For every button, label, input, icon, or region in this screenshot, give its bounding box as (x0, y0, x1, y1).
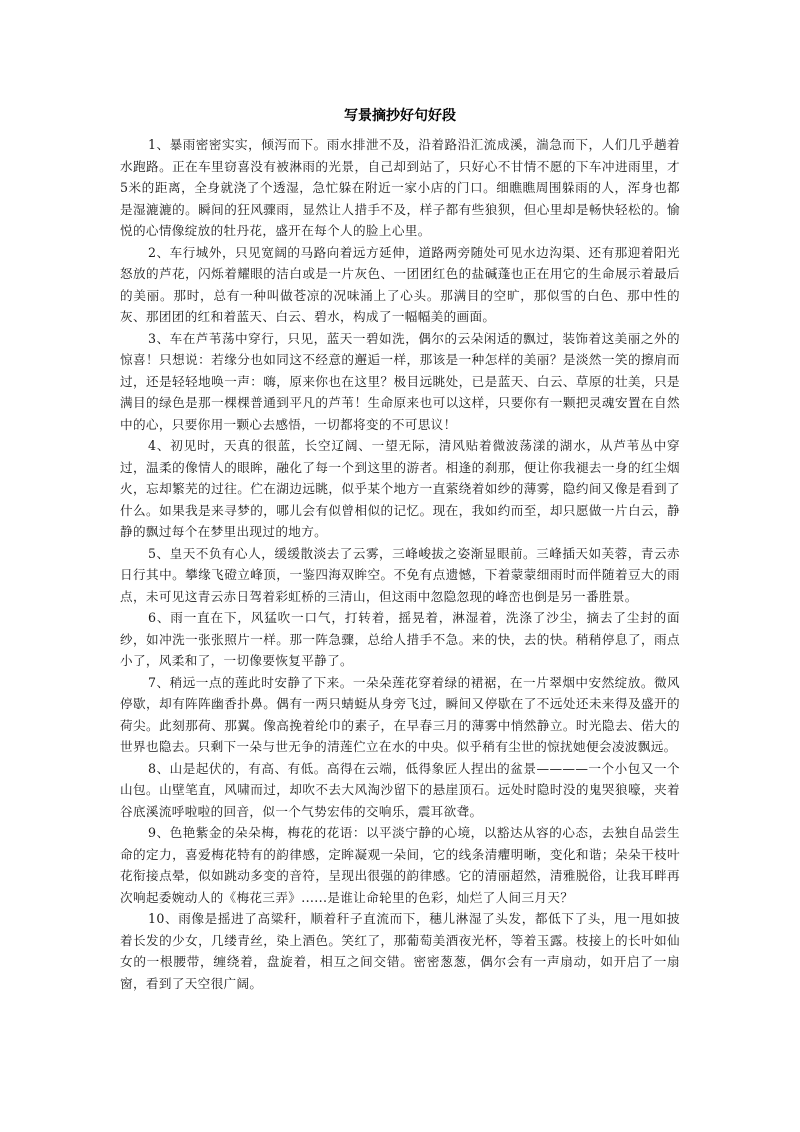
paragraph-3: 3、车在芦苇荡中穿行，只见，蓝天一碧如洗，偶尔的云朵闲适的飘过，装饰着这美丽之外… (120, 328, 680, 436)
document-page: 写景摘抄好句好段 1、暴雨密密实实，倾泻而下。雨水排泄不及，沿着路沿汇流成溪，湍… (120, 106, 680, 994)
paragraph-7: 7、稍远一点的莲此时安静了下来。一朵朵莲花穿着绿的裙裾，在一片翠烟中安然绽放。微… (120, 672, 680, 758)
paragraph-2: 2、车行城外，只见宽阔的马路向着远方延伸，道路两旁随处可见水边沟渠、还有那迎着阳… (120, 242, 680, 328)
document-title: 写景摘抄好句好段 (120, 106, 680, 126)
paragraph-5: 5、皇天不负有心人，缓缓散淡去了云雾，三峰峻拔之姿渐显眼前。三峰插天如芙蓉，青云… (120, 543, 680, 608)
paragraph-9: 9、色艳紫金的朵朵梅，梅花的花语：以平淡宁静的心境，以豁达从容的心态，去独自品尝… (120, 822, 680, 908)
paragraph-1: 1、暴雨密密实实，倾泻而下。雨水排泄不及，沿着路沿汇流成溪，湍急而下，人们几乎趟… (120, 134, 680, 242)
paragraph-10: 10、雨像是摇进了高粱秆，顺着秆子直流而下，穗儿淋湿了头发，都低下了头，甩一甩如… (120, 908, 680, 994)
paragraph-4: 4、初见时，天真的很蓝，长空辽阔、一望无际，清风贴着微波荡漾的湖水，从芦苇丛中穿… (120, 435, 680, 543)
document-body: 1、暴雨密密实实，倾泻而下。雨水排泄不及，沿着路沿汇流成溪，湍急而下，人们几乎趟… (120, 134, 680, 994)
paragraph-6: 6、雨一直在下，风猛吹一口气，打转着，摇晃着，淋湿着，洗涤了沙尘，摘去了尘封的面… (120, 607, 680, 672)
paragraph-8: 8、山是起伏的，有高、有低。高得在云端，低得象匠人捏出的盆景————一个小包又一… (120, 758, 680, 823)
